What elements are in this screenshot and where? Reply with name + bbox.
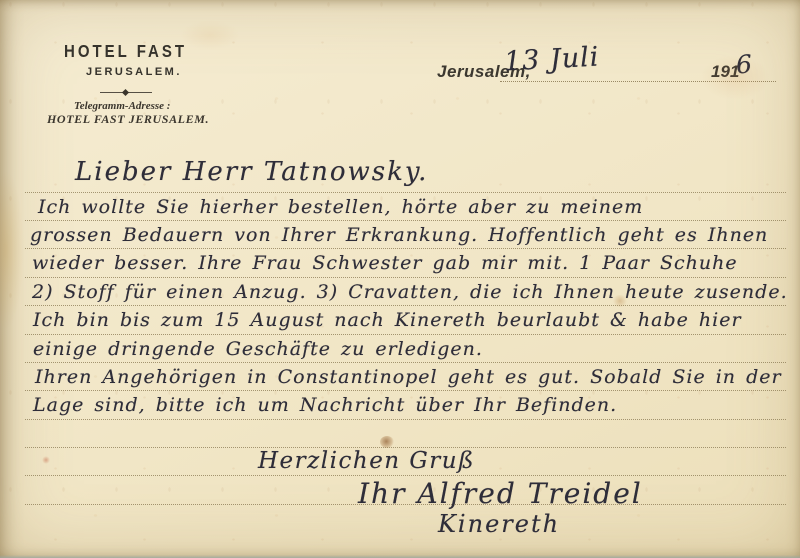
ruled-line [25, 390, 786, 391]
letterhead-city: JERUSALEM. [86, 66, 182, 78]
letterhead-divider-ornament [100, 89, 152, 96]
ruled-line [25, 305, 786, 306]
ruled-line [25, 334, 786, 335]
signature-place: Kinereth [438, 510, 560, 538]
ornament-diamond-icon [122, 89, 129, 96]
body-line: einige dringende Geschäfte zu erledigen. [33, 338, 483, 360]
letterhead-hotel-name: HOTEL FAST [64, 42, 187, 62]
body-line: wieder besser. Ihre Frau Schwester gab m… [32, 252, 738, 274]
ruled-line [25, 248, 786, 249]
ruled-line [25, 362, 786, 363]
paper-stain [700, 55, 770, 100]
signature: Ihr Alfred Treidel [358, 477, 643, 510]
paper-stain [380, 436, 394, 448]
salutation: Lieber Herr Tatnowsky. [75, 157, 428, 187]
telegram-address-label: Telegramm-Adresse : [74, 100, 170, 112]
dateline-date-handwritten: 13 Juli [503, 42, 600, 78]
closing-greeting: Herzlichen Gruß [258, 448, 475, 474]
body-line: Ich wollte Sie hierher bestellen, hörte … [38, 196, 643, 218]
telegram-address-value: HOTEL FAST JERUSALEM. [47, 112, 209, 127]
body-line: grossen Bedauern von Ihrer Erkrankung. H… [30, 224, 768, 246]
paper-stain [0, 170, 24, 330]
letter-page: HOTEL FAST JERUSALEM. Telegramm-Adresse … [0, 0, 800, 558]
ruled-line [25, 475, 786, 476]
ruled-line [25, 192, 786, 193]
paper-stain [42, 456, 50, 464]
ruled-line [25, 220, 786, 221]
paper-stain [180, 20, 240, 50]
ruled-line [25, 277, 786, 278]
ruled-line [25, 419, 786, 420]
body-line: Ich bin bis zum 15 August nach Kinereth … [33, 309, 742, 331]
body-line: 2) Stoff für einen Anzug. 3) Cravatten, … [32, 281, 788, 303]
body-line: Lage sind, bitte ich um Nachricht über I… [33, 394, 617, 416]
body-line: Ihren Angehörigen in Constantinopel geht… [35, 366, 782, 388]
paper-stain [612, 295, 628, 307]
